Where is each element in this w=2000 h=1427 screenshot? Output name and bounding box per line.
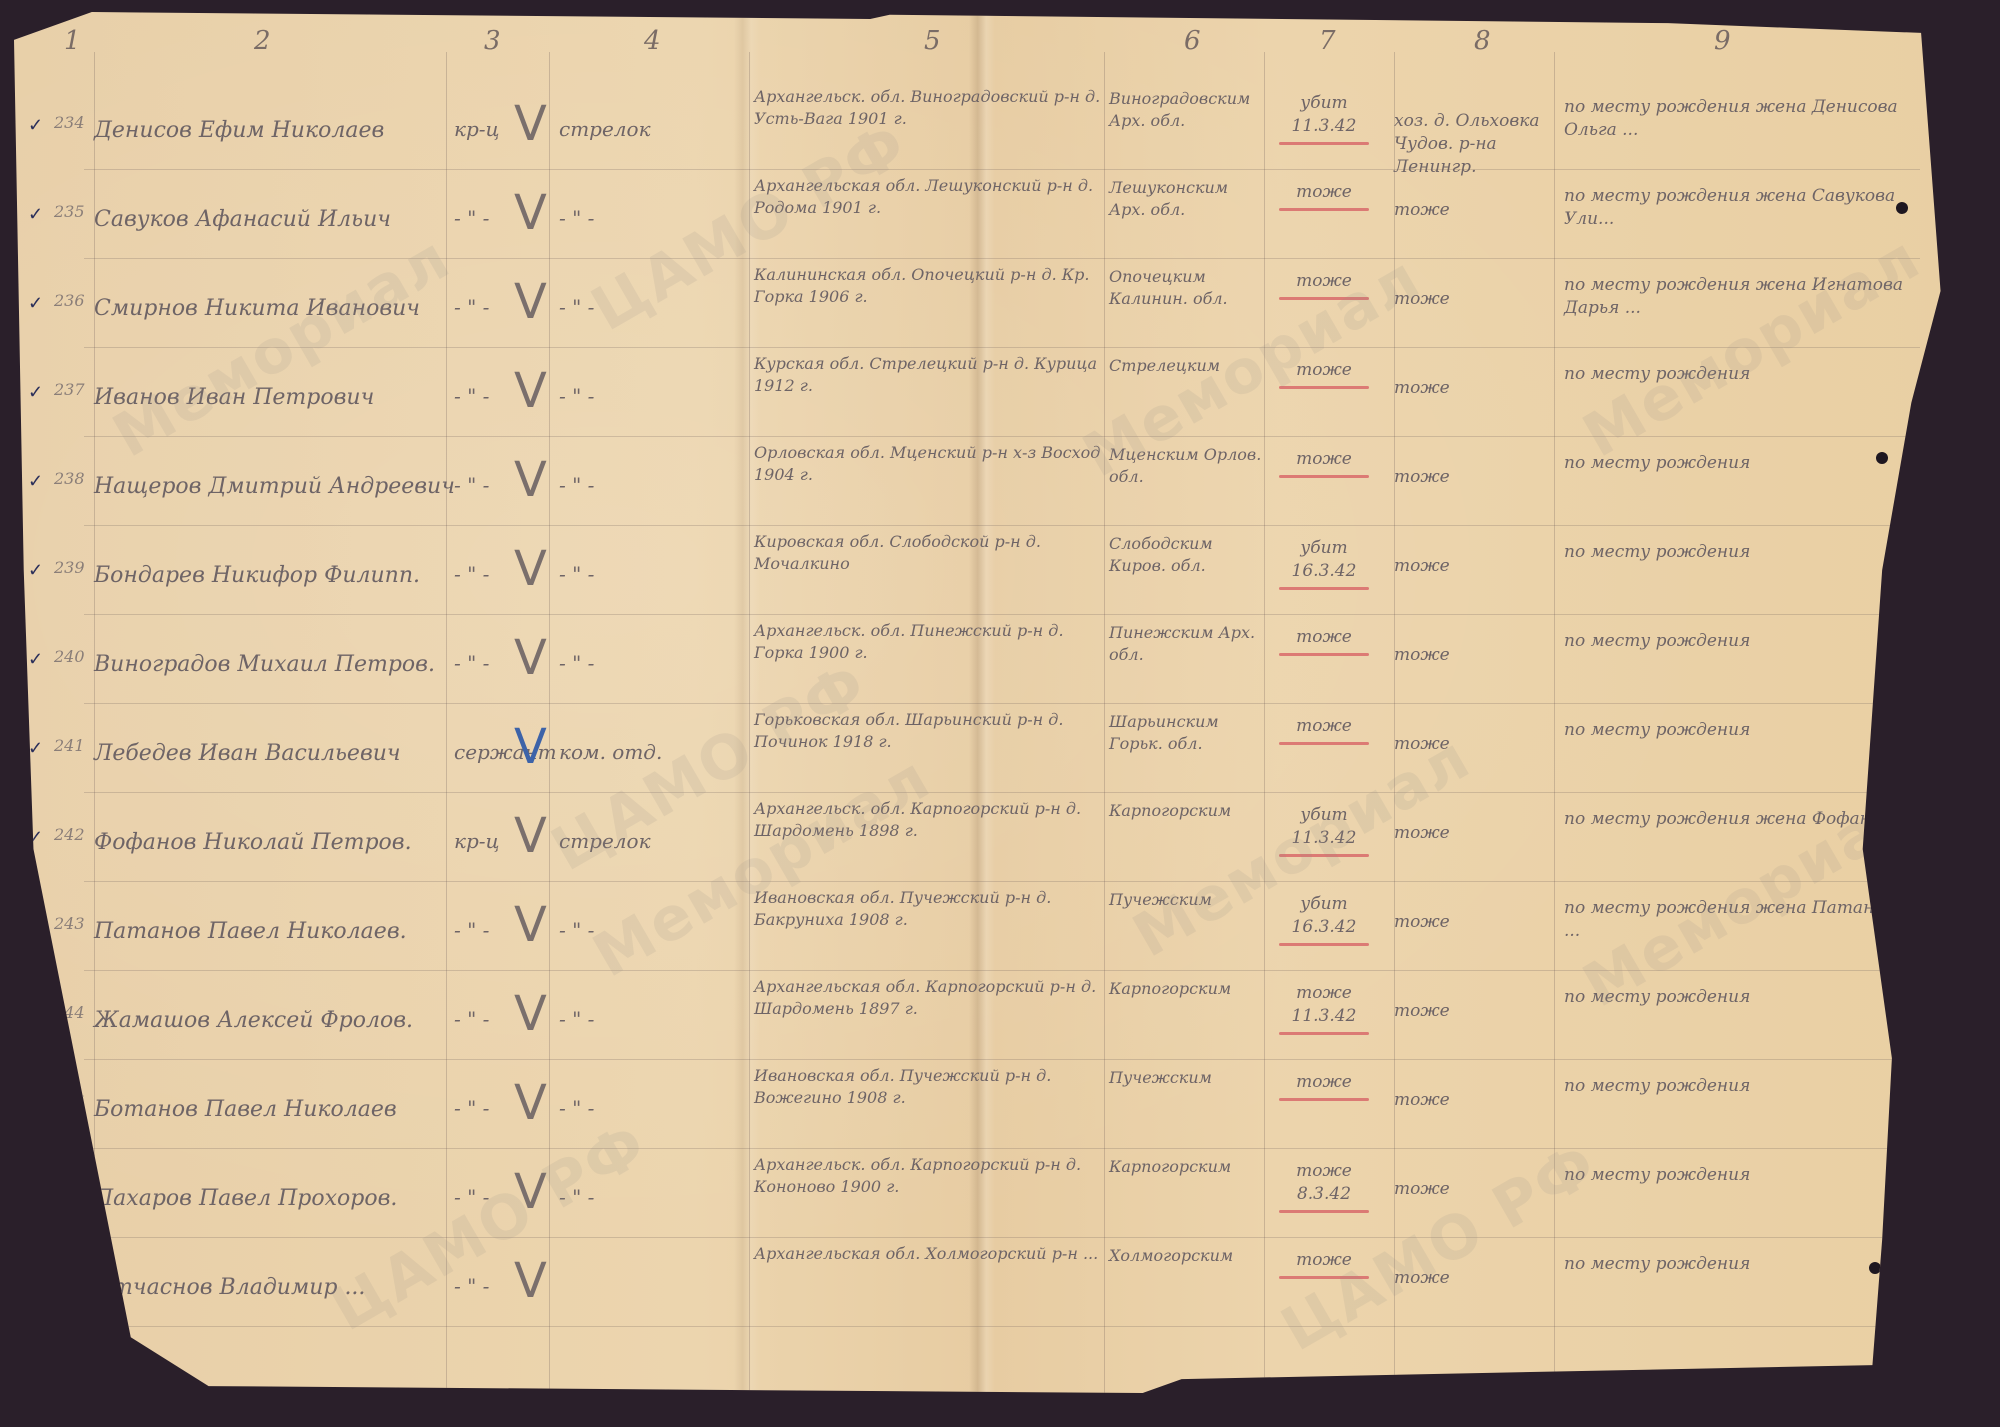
birthplace: Архангельск. обл. Пинежский р-н д. Горка… bbox=[754, 620, 1114, 663]
burial-place: тоже bbox=[1394, 1000, 1544, 1023]
red-underline bbox=[1279, 386, 1369, 389]
next-of-kin: по месту рождения жена Фофанова ... bbox=[1564, 808, 1924, 831]
position: - " - bbox=[559, 561, 594, 588]
position: - " - bbox=[559, 1006, 594, 1033]
burial-place: тоже bbox=[1394, 288, 1544, 311]
table-row: ✓244Жамашов Алексей Фролов.- " -V- " -Ар… bbox=[14, 972, 1960, 1067]
draft-office: Карпогорским bbox=[1109, 800, 1269, 822]
burial-place: тоже bbox=[1394, 377, 1544, 400]
fate-status: убит bbox=[1269, 537, 1379, 560]
check-mark-icon: V bbox=[514, 893, 547, 958]
fate-cell: убит11.3.42 bbox=[1269, 92, 1379, 145]
check-mark-icon: V bbox=[514, 715, 547, 780]
draft-office: Холмогорским bbox=[1109, 1245, 1269, 1267]
draft-office: Виноградовским Арх. обл. bbox=[1109, 88, 1269, 131]
fate-status: тоже bbox=[1269, 181, 1379, 204]
fate-status: тоже bbox=[1269, 1249, 1379, 1272]
record-number: 240 bbox=[54, 646, 85, 668]
fate-status: тоже bbox=[1269, 359, 1379, 382]
check-mark-icon: V bbox=[514, 1160, 547, 1225]
column-number: 5 bbox=[924, 26, 941, 56]
table-row: ✓246Пахаров Павел Прохоров.- " -V- " -Ар… bbox=[14, 1150, 1960, 1245]
fate-cell: убит16.3.42 bbox=[1269, 537, 1379, 590]
grid-line bbox=[84, 525, 1920, 526]
grid-line bbox=[84, 1059, 1920, 1060]
check-mark-icon: V bbox=[514, 537, 547, 602]
tick-mark: ✓ bbox=[28, 381, 43, 405]
burial-place: тоже bbox=[1394, 1089, 1544, 1112]
draft-office: Шарьинским Горьк. обл. bbox=[1109, 711, 1269, 754]
fate-status: тоже bbox=[1269, 715, 1379, 738]
red-underline bbox=[1279, 208, 1369, 211]
fate-cell: тоже bbox=[1269, 448, 1379, 478]
check-mark-icon: V bbox=[514, 92, 547, 157]
record-number: 241 bbox=[54, 735, 85, 757]
position: - " - bbox=[559, 383, 594, 410]
check-mark-icon: V bbox=[514, 270, 547, 335]
burial-place: тоже bbox=[1394, 822, 1544, 845]
next-of-kin: по месту рождения жена Патанова ... bbox=[1564, 897, 1924, 943]
column-number: 4 bbox=[644, 26, 661, 56]
tick-mark: ✓ bbox=[28, 1093, 43, 1117]
check-mark-icon: V bbox=[514, 1249, 547, 1314]
birthplace: Горьковская обл. Шарьинский р-н д. Почин… bbox=[754, 709, 1114, 752]
check-mark-icon: V bbox=[514, 982, 547, 1047]
record-number: 242 bbox=[54, 824, 85, 846]
grid-line bbox=[84, 1326, 1920, 1327]
grid-line bbox=[84, 436, 1920, 437]
next-of-kin: по месту рождения bbox=[1564, 452, 1924, 475]
grid-line bbox=[84, 169, 1920, 170]
birthplace: Орловская обл. Мценский р-н х-з Восход 1… bbox=[754, 442, 1114, 485]
table-row: ✓239Бондарев Никифор Филипп.- " -V- " -К… bbox=[14, 527, 1960, 622]
tick-mark: ✓ bbox=[28, 203, 43, 227]
fate-status: тоже bbox=[1269, 448, 1379, 471]
draft-office: Опочецким Калинин. обл. bbox=[1109, 266, 1269, 309]
grid-line bbox=[84, 792, 1920, 793]
fate-status: тоже bbox=[1269, 270, 1379, 293]
burial-place: тоже bbox=[1394, 555, 1544, 578]
next-of-kin: по месту рождения жена Игнатова Дарья ..… bbox=[1564, 274, 1924, 320]
tick-mark: ✓ bbox=[28, 292, 43, 316]
red-underline bbox=[1279, 1276, 1369, 1279]
check-mark-icon: V bbox=[514, 626, 547, 691]
column-number: 9 bbox=[1714, 26, 1731, 56]
position: ком. отд. bbox=[559, 739, 662, 766]
position: - " - bbox=[559, 650, 594, 677]
table-row: ✓234Денисов Ефим Николаевкр-цVстрелокАрх… bbox=[14, 82, 1960, 177]
check-mark-icon: V bbox=[514, 448, 547, 513]
record-number: 234 bbox=[54, 112, 85, 134]
position: - " - bbox=[559, 205, 594, 232]
next-of-kin: по месту рождения жена Денисова Ольга ..… bbox=[1564, 96, 1924, 142]
draft-office: Слободским Киров. обл. bbox=[1109, 533, 1269, 576]
table-row: ✓241Лебедев Иван ВасильевичсержантVком. … bbox=[14, 705, 1960, 800]
fate-date: 11.3.42 bbox=[1269, 115, 1379, 138]
draft-office: Карпогорским bbox=[1109, 1156, 1269, 1178]
red-underline bbox=[1279, 297, 1369, 300]
table-row: ✓235Савуков Афанасий Ильич- " -V- " -Арх… bbox=[14, 171, 1960, 266]
table-row: ✓238Нащеров Дмитрий Андреевич- " -V- " -… bbox=[14, 438, 1960, 533]
column-number: 6 bbox=[1184, 26, 1201, 56]
burial-place: тоже bbox=[1394, 1178, 1544, 1201]
fate-status: убит bbox=[1269, 92, 1379, 115]
tick-mark: ✓ bbox=[28, 826, 43, 850]
red-underline bbox=[1279, 742, 1369, 745]
column-number: 3 bbox=[484, 26, 501, 56]
check-mark-icon: V bbox=[514, 181, 547, 246]
paper-hole bbox=[1876, 452, 1888, 464]
tick-mark: ✓ bbox=[28, 737, 43, 761]
paper-hole bbox=[1896, 202, 1908, 214]
table-row: ✓242Фофанов Николай Петров.кр-цVстрелокА… bbox=[14, 794, 1960, 889]
table-row: ✓236Смирнов Никита Иванович- " -V- " -Ка… bbox=[14, 260, 1960, 355]
birthplace: Архангельская обл. Карпогорский р-н д. Ш… bbox=[754, 976, 1114, 1019]
next-of-kin: по месту рождения bbox=[1564, 363, 1924, 386]
draft-office: Стрелецким bbox=[1109, 355, 1269, 377]
table-row: ✓240Виноградов Михаил Петров.- " -V- " -… bbox=[14, 616, 1960, 711]
draft-office: Пучежским bbox=[1109, 889, 1269, 911]
burial-place: тоже bbox=[1394, 911, 1544, 934]
draft-office: Лешуконским Арх. обл. bbox=[1109, 177, 1269, 220]
tick-mark: ✓ bbox=[28, 1182, 43, 1206]
table-row: ✓245Ботанов Павел Николаев- " -V- " -Ива… bbox=[14, 1061, 1960, 1156]
fate-cell: тоже bbox=[1269, 1249, 1379, 1279]
next-of-kin: по месту рождения bbox=[1564, 541, 1924, 564]
ledger-page: 1 2 3 4 5 6 7 8 9 ✓234Денисов Ефим Никол… bbox=[14, 12, 1960, 1407]
burial-place: тоже bbox=[1394, 466, 1544, 489]
position: - " - bbox=[559, 294, 594, 321]
next-of-kin: по месту рождения bbox=[1564, 719, 1924, 742]
birthplace: Ивановская обл. Пучежский р-н д. Вожегин… bbox=[754, 1065, 1114, 1108]
check-mark-icon: V bbox=[514, 804, 547, 869]
red-underline bbox=[1279, 854, 1369, 857]
tick-mark: ✓ bbox=[28, 114, 43, 138]
draft-office: Карпогорским bbox=[1109, 978, 1269, 1000]
birthplace: Архангельск. обл. Карпогорский р-н д. Ко… bbox=[754, 1154, 1114, 1197]
grid-line bbox=[84, 347, 1920, 348]
burial-place: тоже bbox=[1394, 1267, 1544, 1290]
fate-date: 16.3.42 bbox=[1269, 916, 1379, 939]
fate-cell: убит16.3.42 bbox=[1269, 893, 1379, 946]
fate-status: тоже bbox=[1269, 1071, 1379, 1094]
record-number: 245 bbox=[54, 1091, 85, 1113]
record-number: 247 bbox=[54, 1269, 85, 1291]
draft-office: Мценским Орлов. обл. bbox=[1109, 444, 1269, 487]
paper-hole bbox=[1869, 1262, 1881, 1274]
next-of-kin: по месту рождения bbox=[1564, 1075, 1924, 1098]
next-of-kin: по месту рождения bbox=[1564, 986, 1924, 1009]
fate-cell: тоже bbox=[1269, 270, 1379, 300]
fate-date: 11.3.42 bbox=[1269, 1005, 1379, 1028]
fate-cell: тоже bbox=[1269, 181, 1379, 211]
check-mark-icon: V bbox=[514, 1071, 547, 1136]
red-underline bbox=[1279, 653, 1369, 656]
position: стрелок bbox=[559, 116, 651, 143]
position: - " - bbox=[559, 917, 594, 944]
fate-status: убит bbox=[1269, 804, 1379, 827]
birthplace: Кировская обл. Слободской р-н д. Мочалки… bbox=[754, 531, 1114, 574]
column-number: 7 bbox=[1319, 26, 1336, 56]
birthplace: Курская обл. Стрелецкий р-н д. Курица 19… bbox=[754, 353, 1114, 396]
fate-cell: убит11.3.42 bbox=[1269, 804, 1379, 857]
tick-mark: ✓ bbox=[28, 915, 43, 939]
position: - " - bbox=[559, 1095, 594, 1122]
birthplace: Архангельск. обл. Карпогорский р-н д. Ша… bbox=[754, 798, 1114, 841]
birthplace: Архангельская обл. Холмогорский р-н ... bbox=[754, 1243, 1114, 1265]
column-number: 2 bbox=[254, 26, 271, 56]
record-number: 244 bbox=[54, 1002, 85, 1024]
paper-hole bbox=[1879, 737, 1891, 749]
fate-status: тоже bbox=[1269, 626, 1379, 649]
fate-status: тоже bbox=[1269, 982, 1379, 1005]
fate-status: тоже bbox=[1269, 1160, 1379, 1183]
birthplace: Ивановская обл. Пучежский р-н д. Бакруни… bbox=[754, 887, 1114, 930]
fate-date: 8.3.42 bbox=[1269, 1183, 1379, 1206]
table-row: ✓243Патанов Павел Николаев.- " -V- " -Ив… bbox=[14, 883, 1960, 978]
fate-cell: тоже11.3.42 bbox=[1269, 982, 1379, 1035]
next-of-kin: по месту рождения жена Савукова Ули... bbox=[1564, 185, 1924, 231]
red-underline bbox=[1279, 1032, 1369, 1035]
grid-line bbox=[84, 258, 1920, 259]
grid-line bbox=[84, 1148, 1920, 1149]
red-underline bbox=[1279, 142, 1369, 145]
fate-cell: тоже bbox=[1269, 1071, 1379, 1101]
fate-date: 16.3.42 bbox=[1269, 560, 1379, 583]
red-underline bbox=[1279, 587, 1369, 590]
tick-mark: ✓ bbox=[28, 559, 43, 583]
tick-mark: ✓ bbox=[28, 1271, 43, 1295]
table-row: ✓247Отчаснов Владимир ...- " -VАрхангель… bbox=[14, 1239, 1960, 1334]
grid-line bbox=[84, 881, 1920, 882]
red-underline bbox=[1279, 1210, 1369, 1213]
record-number: 237 bbox=[54, 379, 85, 401]
record-number: 236 bbox=[54, 290, 85, 312]
column-number: 8 bbox=[1474, 26, 1491, 56]
birthplace: Калининская обл. Опочецкий р-н д. Кр. Го… bbox=[754, 264, 1114, 307]
tick-mark: ✓ bbox=[28, 470, 43, 494]
burial-place: тоже bbox=[1394, 733, 1544, 756]
position: стрелок bbox=[559, 828, 651, 855]
fate-cell: тоже bbox=[1269, 715, 1379, 745]
record-number: 238 bbox=[54, 468, 85, 490]
grid-line bbox=[84, 614, 1920, 615]
record-number: 246 bbox=[54, 1180, 85, 1202]
draft-office: Пучежским bbox=[1109, 1067, 1269, 1089]
grid-line bbox=[84, 1237, 1920, 1238]
red-underline bbox=[1279, 943, 1369, 946]
check-mark-icon: V bbox=[514, 359, 547, 424]
fate-cell: тоже bbox=[1269, 626, 1379, 656]
birthplace: Архангельск. обл. Виноградовский р-н д. … bbox=[754, 86, 1114, 129]
record-number: 235 bbox=[54, 201, 85, 223]
grid-line bbox=[84, 703, 1920, 704]
red-underline bbox=[1279, 475, 1369, 478]
next-of-kin: по месту рождения bbox=[1564, 630, 1924, 653]
draft-office: Пинежским Арх. обл. bbox=[1109, 622, 1269, 665]
burial-place: тоже bbox=[1394, 644, 1544, 667]
position: - " - bbox=[559, 1184, 594, 1211]
record-number: 239 bbox=[54, 557, 85, 579]
tick-mark: ✓ bbox=[28, 648, 43, 672]
birthplace: Архангельская обл. Лешуконский р-н д. Ро… bbox=[754, 175, 1114, 218]
red-underline bbox=[1279, 1098, 1369, 1101]
fate-cell: тоже8.3.42 bbox=[1269, 1160, 1379, 1213]
position: - " - bbox=[559, 472, 594, 499]
table-row: ✓237Иванов Иван Петрович- " -V- " -Курск… bbox=[14, 349, 1960, 444]
fate-status: убит bbox=[1269, 893, 1379, 916]
column-number: 1 bbox=[64, 26, 81, 56]
burial-place: тоже bbox=[1394, 199, 1544, 222]
next-of-kin: по месту рождения bbox=[1564, 1164, 1924, 1187]
fate-cell: тоже bbox=[1269, 359, 1379, 389]
fate-date: 11.3.42 bbox=[1269, 827, 1379, 850]
grid-line bbox=[84, 970, 1920, 971]
record-number: 243 bbox=[54, 913, 85, 935]
tick-mark: ✓ bbox=[28, 1004, 43, 1028]
